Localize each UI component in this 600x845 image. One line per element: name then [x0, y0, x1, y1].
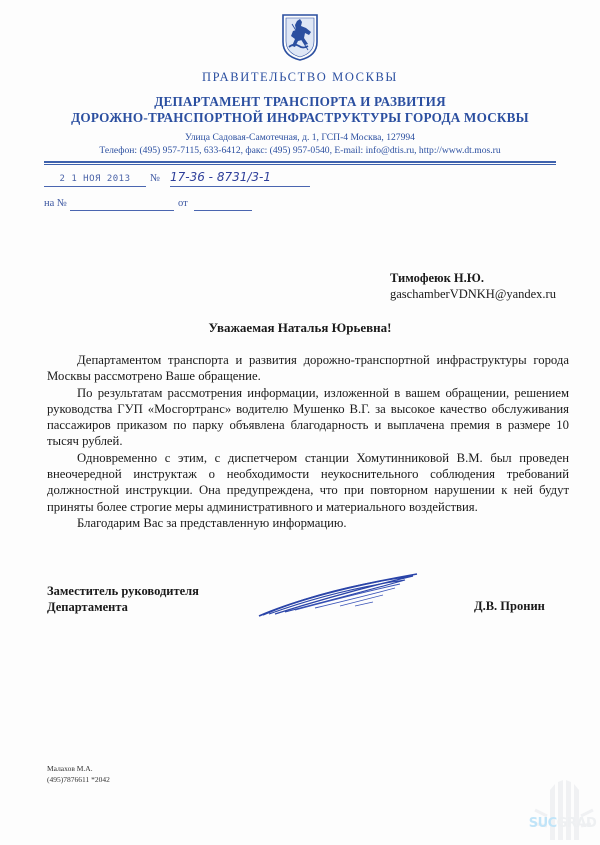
- reply-from-label: от: [178, 198, 188, 209]
- recipient-block: Тимофеюк Н.Ю. gaschamberVDNKH@yandex.ru: [390, 270, 556, 302]
- watermark-text: SUCGRAD: [525, 816, 600, 831]
- body-paragraph: Департаментом транспорта и развития доро…: [47, 352, 569, 385]
- address: Улица Садовая-Самотечная, д. 1, ГСП-4 Мо…: [0, 131, 600, 144]
- watermark-text-part1: SUC: [529, 816, 557, 831]
- body-paragraph: По результатам рассмотрения информации, …: [47, 385, 569, 450]
- department-contacts: Улица Садовая-Самотечная, д. 1, ГСП-4 Мо…: [0, 131, 600, 157]
- department-line-2: ДОРОЖНО-ТРАНСПОРТНОЙ ИНФРАСТРУКТУРЫ ГОРО…: [0, 110, 600, 126]
- letterhead-divider: [44, 161, 556, 163]
- registration-number-label: №: [150, 173, 160, 184]
- signatory-name: Д.В. Пронин: [474, 599, 545, 614]
- executor-phone: (495)7876611 *2042: [47, 774, 110, 785]
- phone-email-web: Телефон: (495) 957-7115, 633-6412, факс:…: [0, 144, 600, 157]
- reply-to-label: на №: [44, 198, 67, 209]
- letter-body: Департаментом транспорта и развития доро…: [47, 352, 569, 531]
- department-name: ДЕПАРТАМЕНТ ТРАНСПОРТА И РАЗВИТИЯ ДОРОЖН…: [0, 94, 600, 126]
- reply-date-blank: [194, 210, 252, 211]
- signatory-title-line-1: Заместитель руководителя: [47, 583, 199, 599]
- government-title: ПРАВИТЕЛЬСТВО МОСКВЫ: [0, 70, 600, 85]
- reply-number-blank: [70, 210, 174, 211]
- recipient-name: Тимофеюк Н.Ю.: [390, 270, 556, 286]
- recipient-email: gaschamberVDNKH@yandex.ru: [390, 286, 556, 302]
- moscow-coat-of-arms-icon: [280, 12, 320, 62]
- body-paragraph: Благодарим Вас за представленную информа…: [47, 515, 569, 531]
- registration-number: 17-36 - 8731/3-1: [170, 169, 310, 187]
- letter-page: ПРАВИТЕЛЬСТВО МОСКВЫ ДЕПАРТАМЕНТ ТРАНСПО…: [0, 0, 600, 845]
- signatory-title-line-2: Департамента: [47, 599, 199, 615]
- watermark-logo: SUCGRAD: [525, 780, 600, 845]
- department-line-1: ДЕПАРТАМЕНТ ТРАНСПОРТА И РАЗВИТИЯ: [0, 94, 600, 110]
- registration-date-stamp: 2 1 НОЯ 2013: [44, 172, 146, 187]
- executor-block: Малахов М.А. (495)7876611 *2042: [47, 763, 110, 785]
- registration-line: 2 1 НОЯ 2013 № 17-36 - 8731/3-1: [44, 172, 344, 192]
- reply-reference-line: на № от: [44, 198, 264, 214]
- signatory-title: Заместитель руководителя Департамента: [47, 583, 199, 615]
- watermark-text-part2: GRAD: [557, 816, 597, 831]
- body-paragraph: Одновременно с этим, с диспетчером станц…: [47, 450, 569, 515]
- watermark-building-icon: [525, 780, 600, 845]
- letterhead-divider-thin: [44, 164, 556, 165]
- handwritten-signature-icon: [255, 570, 425, 620]
- salutation: Уважаемая Наталья Юрьевна!: [0, 320, 600, 336]
- executor-name: Малахов М.А.: [47, 763, 110, 774]
